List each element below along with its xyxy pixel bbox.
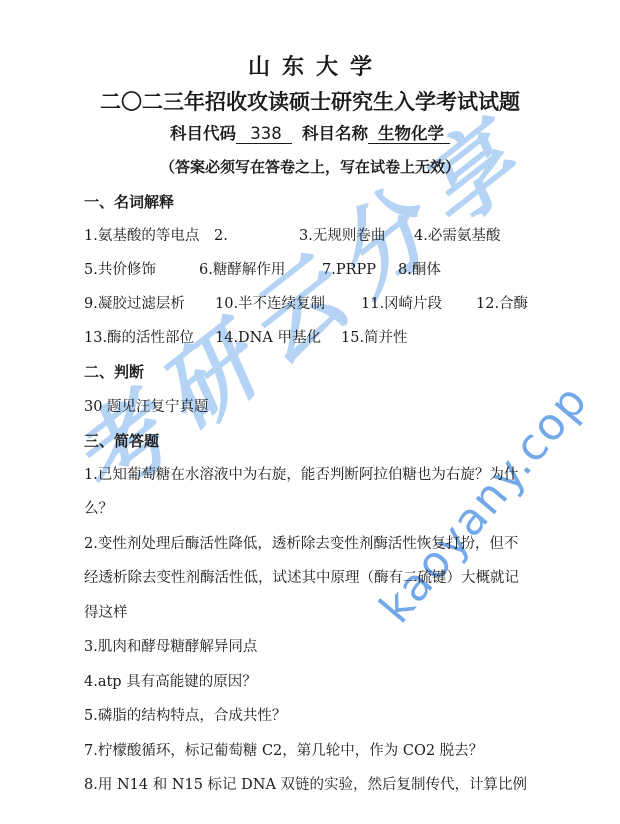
term-item: 4.必需氨基酸 <box>414 226 500 246</box>
subject-name: 生物化学 <box>368 125 450 144</box>
exam-page: 考研云分享 kaoyany.cop 山东大学 二〇二三年招收攻读硕士研究生入学考… <box>0 0 620 824</box>
term-item: 12.合酶 <box>476 294 528 314</box>
question-line: 2.变性剂处理后酶活性降低，透析除去变性剂酶活性恢复打扮，但不 <box>84 534 518 554</box>
term-item: 5.共价修饰 <box>84 260 156 280</box>
term-item: 13.酶的活性部位 <box>84 328 194 348</box>
section-heading-short-answer: 三、简答题 <box>84 431 159 451</box>
question-line: 3.肌肉和酵母糖酵解异同点 <box>84 637 257 657</box>
question-line: 4.atp 具有高能键的原因？ <box>84 672 257 692</box>
section-heading-judgment: 二、判断 <box>84 362 144 382</box>
subject-name-label: 科目名称 <box>302 124 368 143</box>
term-item: 8.酮体 <box>398 260 441 280</box>
question-line: 5.磷脂的结构特点，合成共性？ <box>84 706 286 726</box>
term-item: 11.冈崎片段 <box>361 294 442 314</box>
answer-notice: （答案必须写在答卷之上，写在试卷上无效） <box>0 156 620 177</box>
term-item: 7.PRPP <box>322 260 376 280</box>
term-item: 15.简并性 <box>341 328 408 348</box>
exam-title: 二〇二三年招收攻读硕士研究生入学考试试题 <box>0 86 620 116</box>
section-heading-terms: 一、名词解释 <box>84 192 174 212</box>
school-name: 山东大学 <box>0 50 620 81</box>
subject-code: 338 <box>236 125 292 144</box>
judgment-note: 30 题见汪复宁真题 <box>84 397 209 417</box>
question-line: 7.柠檬酸循环，标记葡萄糖 C2，第几轮中，作为 CO2 脱去？ <box>84 741 483 761</box>
question-line: 得这样 <box>84 603 128 623</box>
subject-line: 科目代码338科目名称生物化学 <box>0 120 620 144</box>
term-item: 9.凝胶过滤层析 <box>84 294 185 314</box>
term-item: 14.DNA 甲基化 <box>215 328 321 348</box>
term-item: 6.糖酵解作用 <box>199 260 285 280</box>
term-item: 10.半不连续复制 <box>215 294 325 314</box>
term-item: 1.氨基酸的等电点 <box>84 226 199 246</box>
watermark-url: kaoyany.cop <box>370 375 598 633</box>
question-line: 经透析除去变性剂酶活性低，试述其中原理（酶有二硫键）大概就记 <box>84 568 519 588</box>
question-line: 1.已知葡萄糖在水溶液中为右旋，能否判断阿拉伯糖也为右旋？为什 <box>84 465 518 485</box>
subject-code-label: 科目代码 <box>170 124 236 143</box>
term-item: 3.无规则卷曲 <box>299 226 385 246</box>
question-line: 8.用 N14 和 N15 标记 DNA 双链的实验，然后复制传代，计算比例 <box>84 775 527 795</box>
question-line: 么？ <box>84 499 113 519</box>
term-item: 2. <box>214 226 228 246</box>
